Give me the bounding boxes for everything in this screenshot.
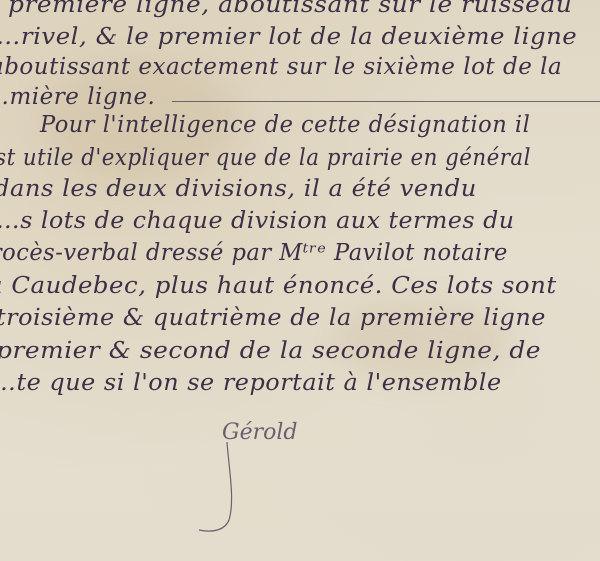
manuscript-line: première ligne, aboutissant sur le ruiss…	[8, 0, 572, 17]
manuscript-line: …s lots de chaque division aux termes du	[0, 210, 515, 233]
manuscript-line: à Caudebec, plus haut énoncé. Ces lots s…	[0, 275, 557, 298]
manuscript-line: …rivel, & le premier lot de la deuxième …	[0, 26, 577, 49]
signature-flourish	[195, 440, 255, 535]
manuscript-line: aboutissant exactement sur le sixième lo…	[0, 56, 562, 79]
manuscript-line: …te que si l'on se reportait à l'ensembl…	[0, 372, 502, 395]
manuscript-line: est utile d'expliquer que de la prairie …	[0, 147, 531, 170]
manuscript-line: procès-verbal dressé par Mᵗʳᵉ Pavilot no…	[0, 242, 508, 265]
manuscript-line: premier & second de la seconde ligne, de	[0, 340, 541, 363]
manuscript-line: …mière ligne.	[0, 86, 155, 109]
manuscript-line: Pour l'intelligence de cette désignation…	[40, 114, 530, 137]
horizontal-rule	[172, 101, 600, 102]
manuscript-line: troisième & quatrième de la première lig…	[0, 307, 546, 330]
manuscript-line: dans les deux divisions, il a été vendu	[0, 178, 477, 201]
